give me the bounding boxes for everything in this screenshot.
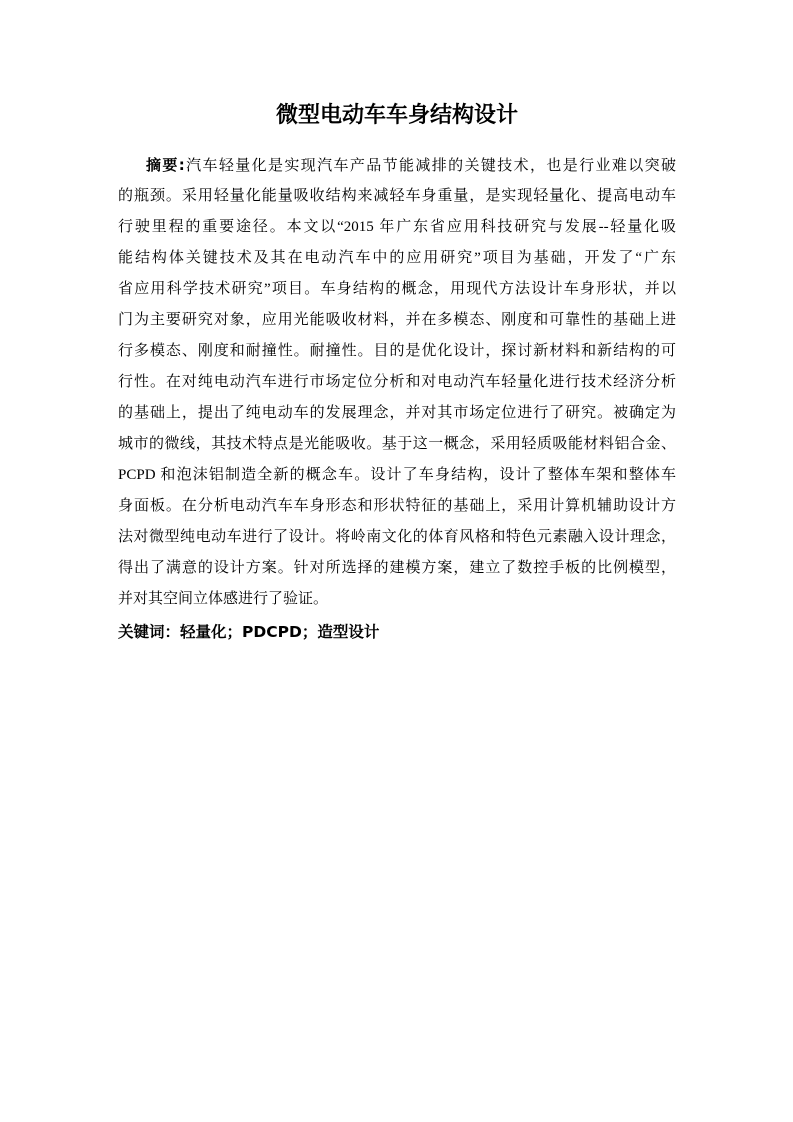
abstract-line: 行驶里程的重要途径。本文以“2015 年广东省应用科技研究与发展--轻量化吸: [118, 212, 676, 243]
abstract-line: 得出了满意的设计方案。针对所选择的建模方案，建立了数控手板的比例模型，: [118, 553, 676, 584]
abstract-line: 城市的微线，其技术特点是光能吸收。基于这一概念，采用轻质吸能材料铝合金、: [118, 429, 676, 460]
page-title: 微型电动车车身结构设计: [118, 100, 676, 132]
abstract-line: 能结构体关键技术及其在电动汽车中的应用研究”项目为基础，开发了“广东: [118, 243, 676, 274]
abstract-line: 省应用科学技术研究”项目。车身结构的概念，用现代方法设计车身形状，并以: [118, 274, 676, 305]
abstract-paragraph: 摘要:汽车轻量化是实现汽车产品节能减排的关键技术，也是行业难以突破 的瓶颈。采用…: [118, 150, 676, 615]
keywords-label: 关键词：: [118, 623, 180, 641]
abstract-line: 的瓶颈。采用轻量化能量吸收结构来减轻车身重量，是实现轻量化、提高电动车: [118, 181, 676, 212]
abstract-line: 并对其空间立体感进行了验证。: [118, 584, 676, 615]
abstract-line: 摘要:汽车轻量化是实现汽车产品节能减排的关键技术，也是行业难以突破: [118, 150, 676, 181]
keywords-line: 关键词：轻量化；PDCPD；造型设计: [118, 617, 676, 648]
abstract-line: 身面板。在分析电动汽车车身形态和形状特征的基础上，采用计算机辅助设计方: [118, 491, 676, 522]
abstract-line: 法对微型纯电动车进行了设计。将岭南文化的体育风格和特色元素融入设计理念，: [118, 522, 676, 553]
abstract-line: 行多模态、刚度和耐撞性。耐撞性。目的是优化设计，探讨新材料和新结构的可: [118, 336, 676, 367]
abstract-line-text: 汽车轻量化是实现汽车产品节能减排的关键技术，也是行业难以突破: [185, 158, 676, 174]
abstract-line: 门为主要研究对象，应用光能吸收材料，并在多模态、刚度和可靠性的基础上进: [118, 305, 676, 336]
keywords-text: 轻量化；PDCPD；造型设计: [180, 623, 379, 641]
document-page: 微型电动车车身结构设计 摘要:汽车轻量化是实现汽车产品节能减排的关键技术，也是行…: [0, 0, 793, 1122]
abstract-line: 的基础上，提出了纯电动车的发展理念，并对其市场定位进行了研究。被确定为: [118, 398, 676, 429]
abstract-label: 摘要:: [146, 156, 185, 174]
abstract-line: PCPD 和泡沫铝制造全新的概念车。设计了车身结构，设计了整体车架和整体车: [118, 460, 676, 491]
abstract-line: 行性。在对纯电动汽车进行市场定位分析和对电动汽车轻量化进行技术经济分析: [118, 367, 676, 398]
